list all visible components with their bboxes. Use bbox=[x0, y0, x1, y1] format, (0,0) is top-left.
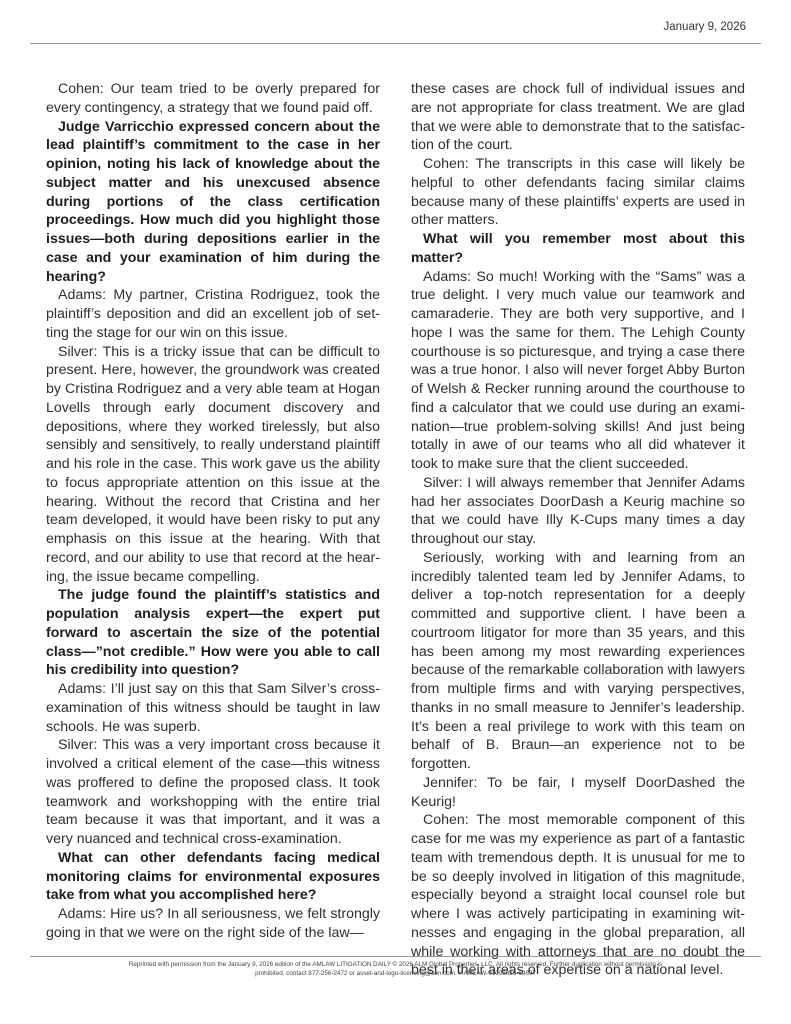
header-divider bbox=[30, 43, 761, 44]
answer-paragraph: Adams: I’ll just say on this that Sam Si… bbox=[46, 680, 380, 736]
answer-paragraph: Cohen: The transcripts in this case will… bbox=[411, 155, 745, 230]
footer-divider bbox=[30, 956, 761, 957]
answer-paragraph: Silver: This is a tricky issue that can … bbox=[46, 343, 380, 587]
question-paragraph: Judge Varricchio expressed concern about… bbox=[46, 118, 380, 287]
answer-paragraph: Jennifer: To be fair, I myself DoorDashe… bbox=[411, 774, 745, 812]
answer-paragraph: Adams: Hire us? In all seriousness, we f… bbox=[46, 905, 380, 943]
answer-paragraph: Seriously, working with and learning fro… bbox=[411, 549, 745, 774]
question-paragraph: What can other defendants facing medical… bbox=[46, 849, 380, 905]
paragraph-continuation: these cases are chock full of individual… bbox=[411, 80, 745, 155]
paragraph-continuation: Cohen: Our team tried to be overly prepa… bbox=[46, 80, 380, 118]
footer-line-1: Reprinted with permission from the Janua… bbox=[30, 961, 761, 970]
answer-paragraph: Adams: My partner, Cristina Rodriguez, t… bbox=[46, 286, 380, 342]
footer-line-2: prohibited, contact 877-256-2472 or asse… bbox=[30, 970, 761, 979]
question-paragraph: The judge found the plaintiff’s statisti… bbox=[46, 586, 380, 680]
answer-paragraph: Silver: This was a very important cross … bbox=[46, 736, 380, 849]
answer-paragraph: Adams: So much! Working with the “Sams” … bbox=[411, 268, 745, 474]
answer-paragraph: Silver: I will always remember that Jenn… bbox=[411, 474, 745, 549]
question-paragraph: What will you remember most about this m… bbox=[411, 230, 745, 268]
right-column: these cases are chock full of individual… bbox=[411, 80, 745, 980]
answer-paragraph: Cohen: The most memorable component of t… bbox=[411, 811, 745, 980]
reprint-footer: Reprinted with permission from the Janua… bbox=[30, 961, 761, 978]
left-column: Cohen: Our team tried to be overly prepa… bbox=[46, 80, 380, 943]
page-date: January 9, 2026 bbox=[664, 21, 746, 33]
